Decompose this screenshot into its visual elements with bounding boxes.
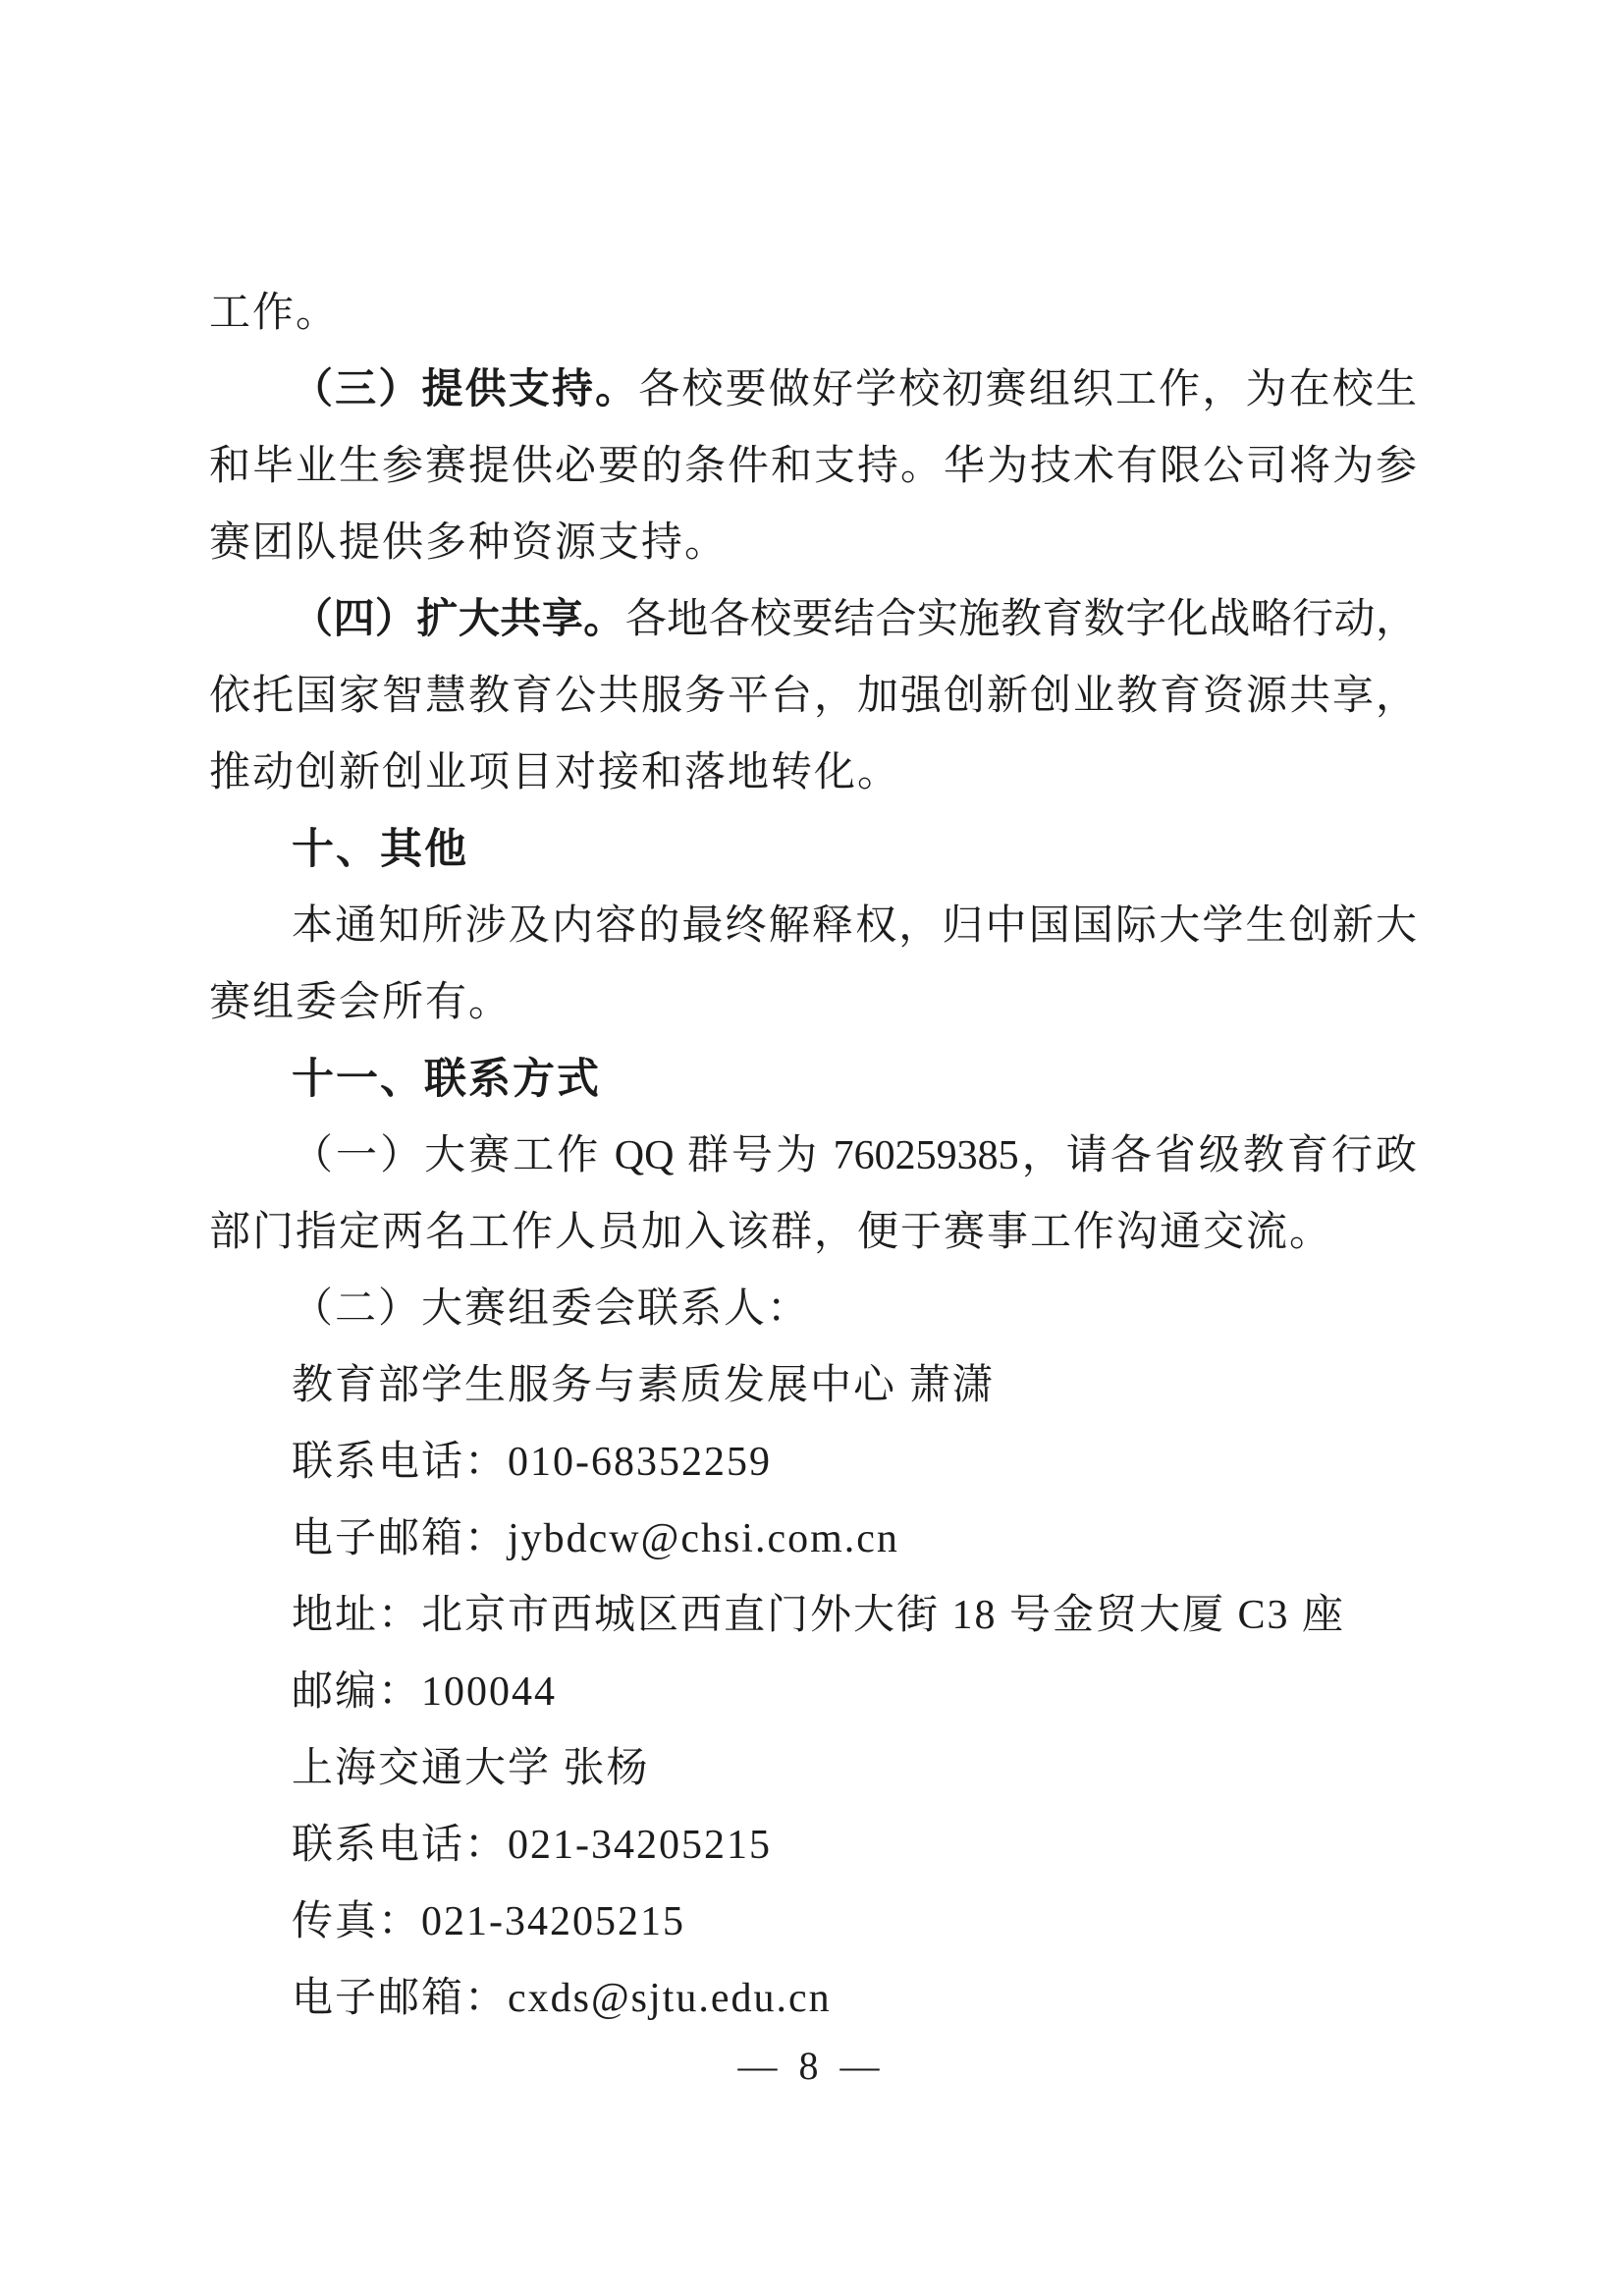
paragraph-text: 各地各校要结合实施教育数字化战略行动， [625,597,1417,642]
paragraph-line-item-3: （三）提供支持。各校要做好学校初赛组织工作，为在校生 [209,352,1417,428]
paragraph-line-contacts-intro: （二）大赛组委会联系人： [209,1271,1417,1347]
contact-phone-line: 联系电话：010-68352259 [209,1424,1417,1501]
section-heading-10-other: 十、其他 [209,811,1417,888]
paragraph-line: 依托国家智慧教育公共服务平台，加强创新创业教育资源共享， [209,658,1417,735]
paragraph-line: 和毕业生参赛提供必要的条件和支持。华为技术有限公司将为参 [209,428,1417,505]
contact-email-line: 电子邮箱：jybdcw@chsi.com.cn [209,1501,1417,1577]
contact-postcode-line: 邮编：100044 [209,1654,1417,1730]
paragraph-line: 本通知所涉及内容的最终解释权，归中国国际大学生创新大 [209,888,1417,964]
paragraph-tail-line: 工作。 [209,275,1417,352]
contact-org-name-line: 教育部学生服务与素质发展中心 萧潇 [209,1347,1417,1424]
contact-email-line: 电子邮箱：cxds@sjtu.edu.cn [209,1960,1417,2037]
contact-address-line: 地址：北京市西城区西直门外大街 18 号金贸大厦 C3 座 [209,1577,1417,1654]
document-page: { "page": { "background": "#ffffff", "te… [0,0,1623,2296]
contact-fax-line: 传真：021-34205215 [209,1884,1417,1960]
contact-org-name-line: 上海交通大学 张杨 [209,1730,1417,1807]
paragraph-tail-line: 赛组委会所有。 [209,964,1417,1041]
paragraph-tail-line: 赛团队提供多种资源支持。 [209,505,1417,581]
paragraph-lead-bold: （四）扩大共享。 [292,597,625,642]
document-text-block: 工作。 （三）提供支持。各校要做好学校初赛组织工作，为在校生 和毕业生参赛提供必… [209,275,1417,2037]
page-number: — 8 — [0,2037,1623,2096]
contact-phone-line: 联系电话：021-34205215 [209,1807,1417,1884]
paragraph-text: 各校要做好学校初赛组织工作，为在校生 [638,367,1417,412]
paragraph-tail-line: 推动创新创业项目对接和落地转化。 [209,735,1417,811]
paragraph-line-item-4: （四）扩大共享。各地各校要结合实施教育数字化战略行动， [209,581,1417,658]
section-heading-11-contact: 十一、联系方式 [209,1041,1417,1118]
paragraph-line-qq-group: （一）大赛工作 QQ 群号为 760259385，请各省级教育行政 [209,1118,1417,1194]
paragraph-lead-bold: （三）提供支持。 [292,367,638,412]
paragraph-tail-line: 部门指定两名工作人员加入该群，便于赛事工作沟通交流。 [209,1194,1417,1271]
